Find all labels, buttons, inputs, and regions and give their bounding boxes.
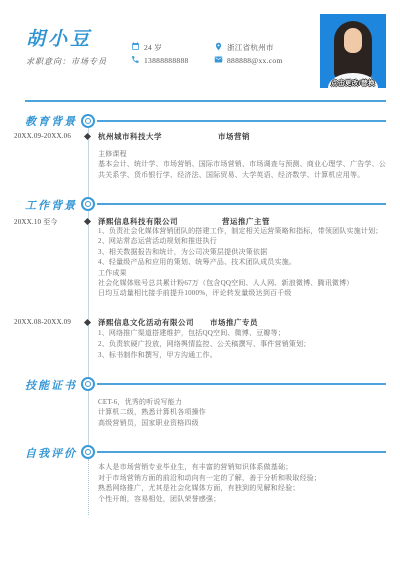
evaluation-timeline-marker: [81, 445, 95, 459]
avatar-face: [344, 28, 362, 53]
email-value: 888888@xx.com: [227, 56, 283, 65]
skill-item: 计算机二级，熟悉计算机各项操作: [98, 407, 388, 417]
profile-photo[interactable]: 点击更改/替换: [320, 14, 386, 88]
timeline-dotted-tail: [88, 459, 89, 515]
education-timeline-marker: [81, 114, 95, 128]
email-icon: [214, 51, 223, 69]
candidate-name: 胡小豆: [26, 24, 92, 51]
job1-duty: 2、网站常态运营活动规划和推进执行: [98, 236, 388, 246]
timeline-line: [88, 128, 89, 446]
evaluation-line: 个性开朗，容易相处，团队荣誉感强；: [98, 494, 388, 505]
evaluation-line: 本人是市场营销专业毕业生，有丰富的营销知识体系做基础；: [98, 462, 388, 473]
skill-item: 高级营销员，国家职业资格四级: [98, 418, 388, 428]
skill-item: CET-6，优秀的听说写能力: [98, 397, 388, 407]
job1-date: 20XX.10 至今: [14, 217, 86, 227]
photo-replace-label[interactable]: 点击更改/替换: [320, 78, 386, 87]
skills-section-line: [97, 383, 386, 385]
section-title-work: 工作背景: [25, 197, 77, 213]
job1-details: 1、负责社会化媒体营销团队的搭建工作，制定相关运营策略和指标，带领团队实施计划；…: [98, 226, 388, 299]
phone-icon: [131, 51, 140, 69]
job2-role: 市场推广专员: [210, 317, 258, 328]
education-section-line: [97, 120, 386, 122]
job1-duty: 4、轻量级产品和应用的策划、统筹产品、技术团队成员实施。: [98, 257, 388, 267]
contact-phone: 13888888888: [131, 51, 189, 69]
job1-result: 日均互动量相比接手前提升1000%，评论转发量级达到百千级: [98, 288, 388, 298]
resume-page: 胡小豆 求职意向：市场专员 24 岁 13888888888 浙江省杭州市 88…: [0, 0, 400, 565]
job2-duty: 2、负责软硬广投放，网络舆情监控、公关稿撰写、事件营销策划；: [98, 339, 388, 350]
job1-results-label: 工作成果: [98, 268, 388, 278]
job-intent: 求职意向：市场专员: [26, 56, 107, 67]
job2-details: 1、网络推广渠道搭建维护，包括QQ空间、微博、豆瓣等； 2、负责软硬广投放，网络…: [98, 328, 388, 361]
job2-duty: 3、标书制作和撰写，甲方沟通工作。: [98, 350, 388, 361]
job1-duty: 1、负责社会化媒体营销团队的搭建工作，制定相关运营策略和指标，带领团队实施计划；: [98, 226, 388, 236]
section-title-education: 教育背景: [25, 113, 77, 129]
evaluation-section-line: [97, 451, 386, 453]
work-section-line: [97, 203, 386, 205]
section-title-evaluation: 自我评价: [25, 445, 77, 461]
job1-duty: 3、相关数据报告和统计，为公司决策层提供决策依据: [98, 247, 388, 257]
courses-label: 主修课程: [98, 149, 127, 159]
contact-email: 888888@xx.com: [214, 51, 283, 69]
header-divider: [25, 100, 386, 102]
evaluation-lines: 本人是市场营销专业毕业生，有丰富的营销知识体系做基础； 对于市场营销方面的前沿和…: [98, 462, 388, 504]
job2-duty: 1、网络推广渠道搭建维护，包括QQ空间、微博、豆瓣等；: [98, 328, 388, 339]
evaluation-line: 对于市场营销方面的前沿和动向有一定的了解，善于分析和吸取经验；: [98, 473, 388, 484]
job2-company: 泽熙信息文化活动有限公司: [98, 317, 194, 328]
evaluation-line: 熟悉网络推广，尤其是社会化媒体方面，有独到的见解和经验；: [98, 483, 388, 494]
phone-value: 13888888888: [144, 56, 189, 65]
education-date: 20XX.09-20XX.06: [14, 132, 86, 140]
education-school: 杭州城市科技大学: [98, 131, 162, 142]
education-major: 市场营销: [218, 131, 250, 142]
courses-text: 基本会计、统计学、市场营销、国际市场营销、市场调查与预测、商业心理学、广告学、公…: [98, 159, 388, 181]
job1-result: 社会化媒体账号总共累计粉67万（包含QQ空间、人人网、新浪微博、腾讯微博）: [98, 278, 388, 288]
work-timeline-marker: [81, 197, 95, 211]
skills-list: CET-6，优秀的听说写能力 计算机二级，熟悉计算机各项操作 高级营销员，国家职…: [98, 397, 388, 428]
job2-date: 20XX.08-20XX.09: [14, 318, 86, 326]
skills-timeline-marker: [81, 377, 95, 391]
section-title-skills: 技能证书: [25, 377, 77, 393]
